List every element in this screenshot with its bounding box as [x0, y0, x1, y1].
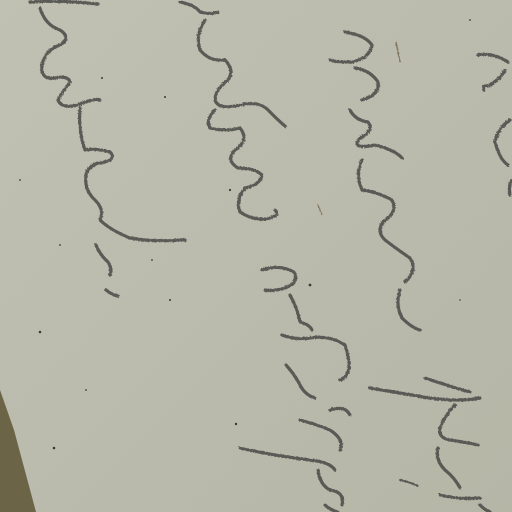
photo: Close-up photograph of pencil handwritin… [0, 0, 512, 512]
handwriting-photo [0, 0, 512, 512]
paper-texture [0, 0, 512, 512]
